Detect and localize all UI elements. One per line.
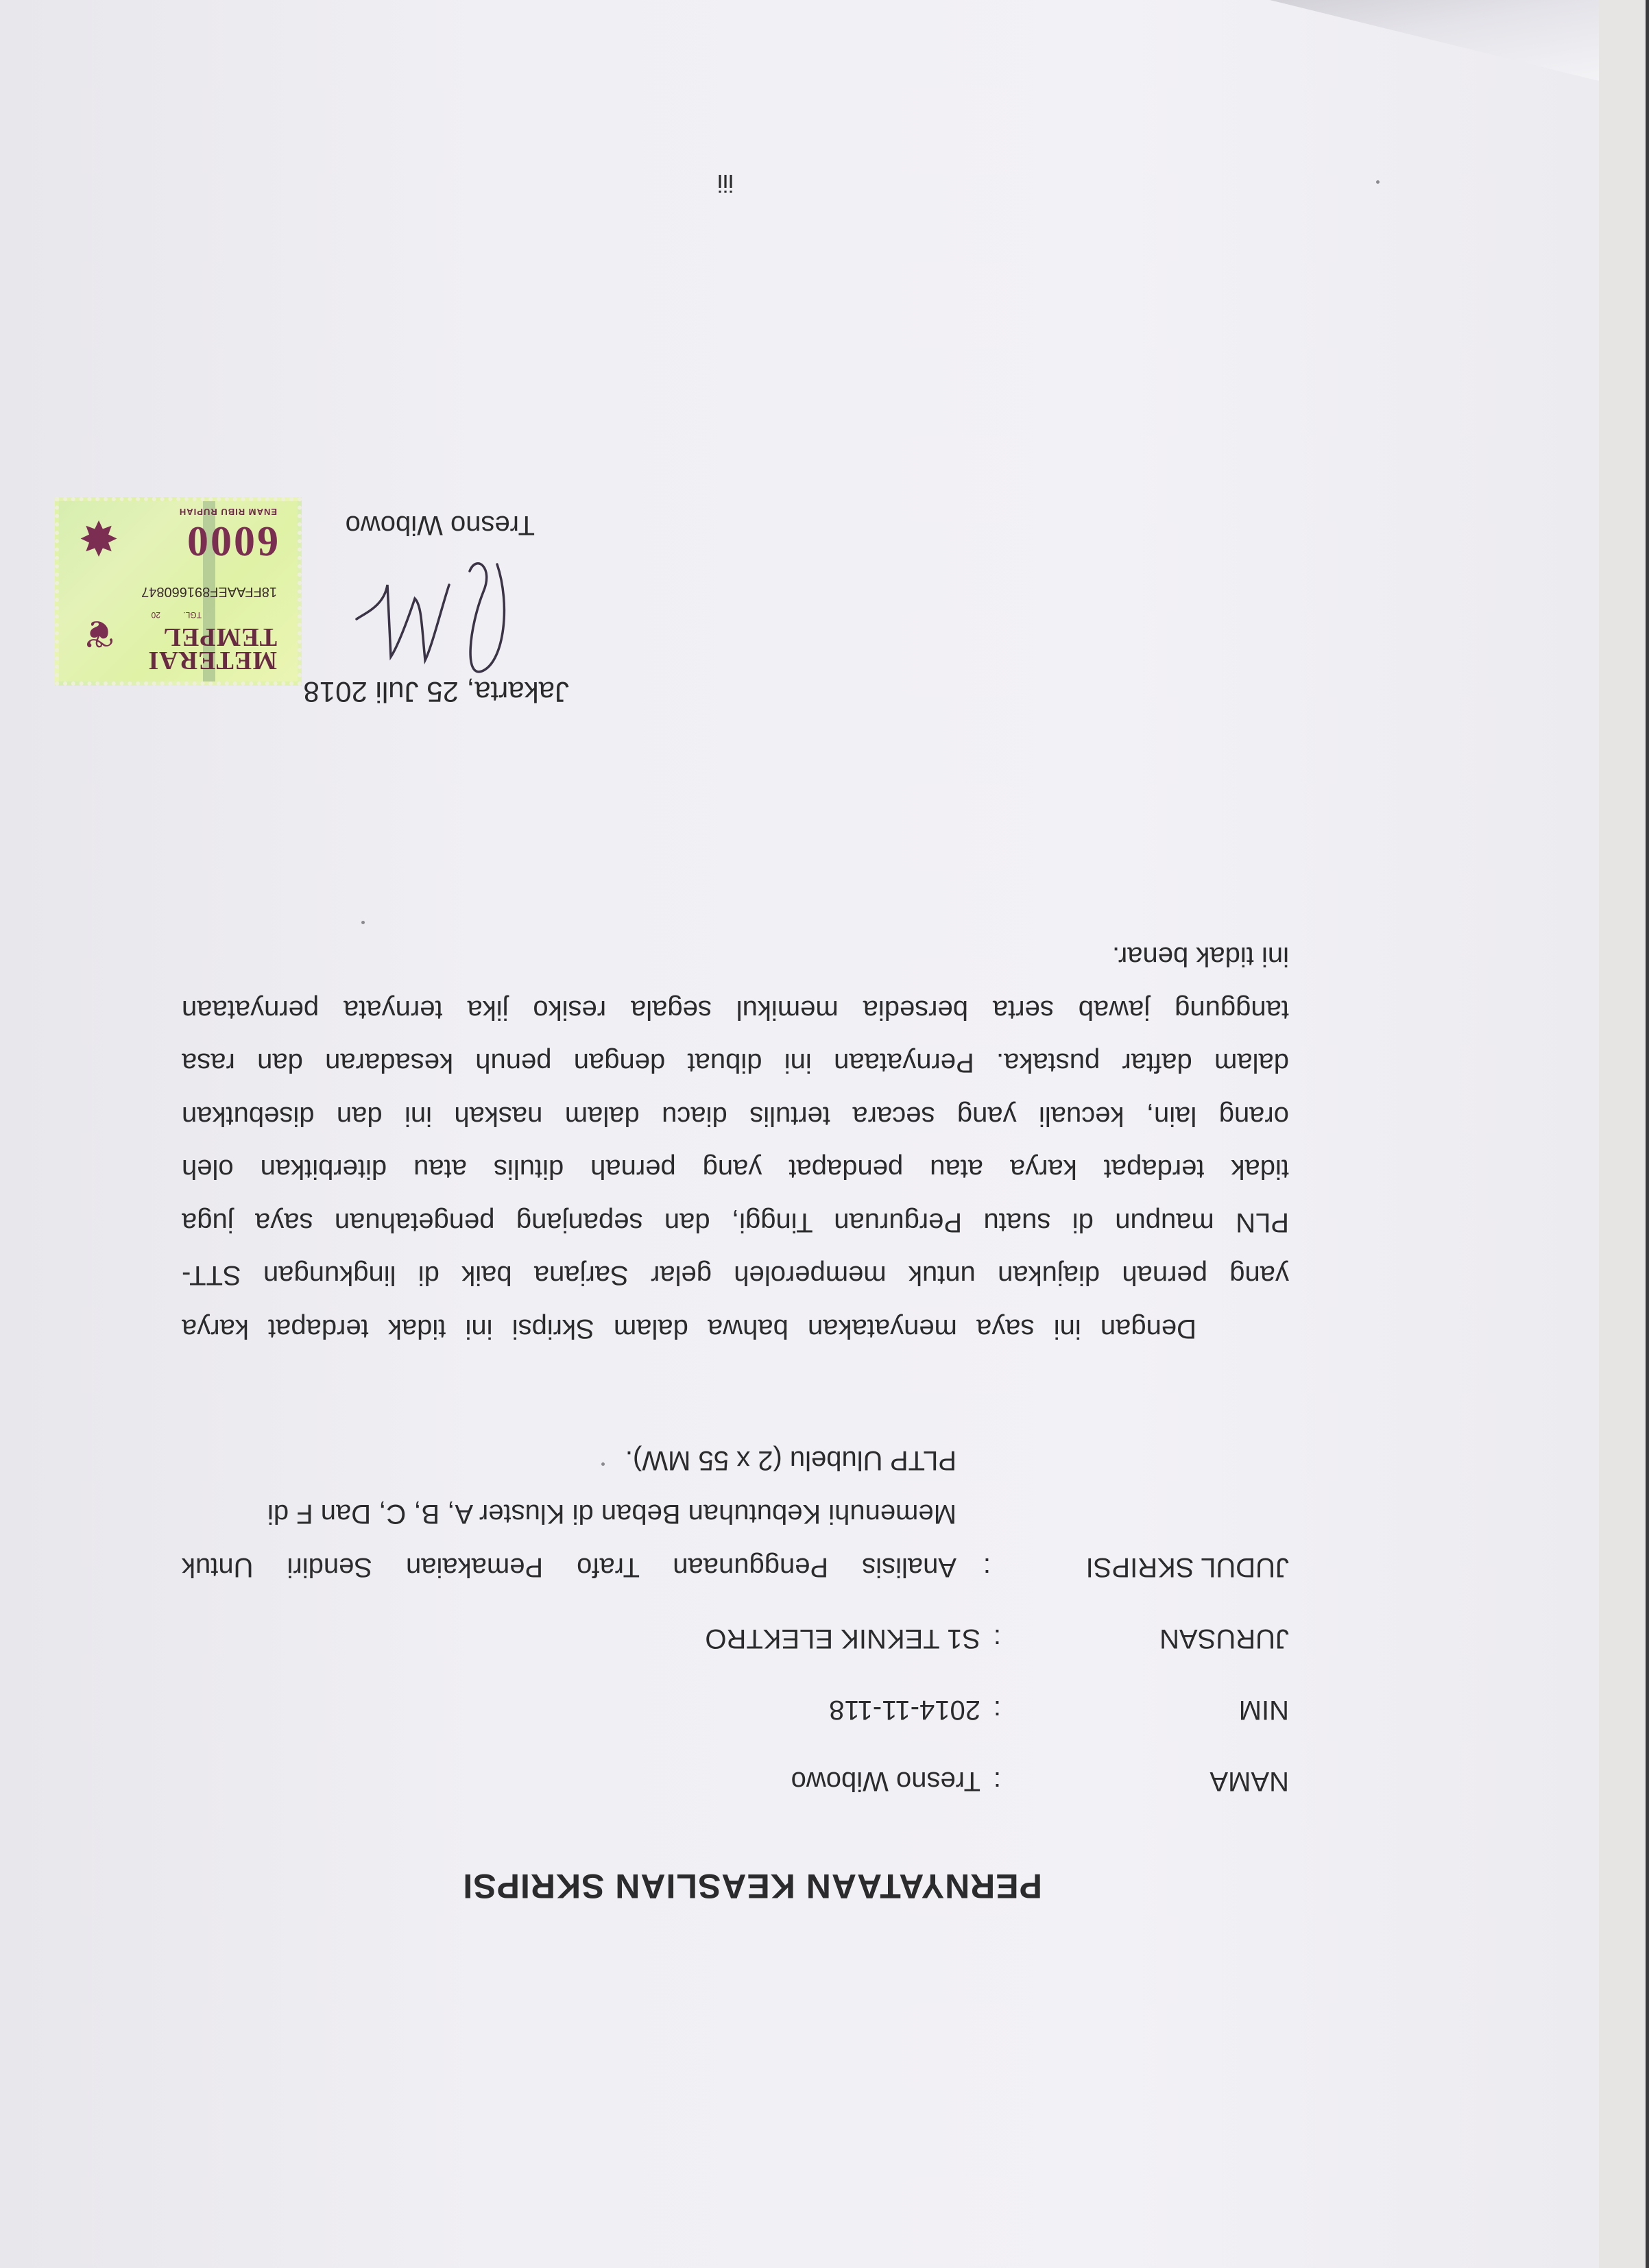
stamp-value-words: ENAM RIBU RUPIAH	[179, 507, 277, 517]
stamp-value: 6000	[185, 516, 278, 565]
field-value-nim: 2014-11-118	[829, 1694, 980, 1725]
field-separator: :	[983, 1552, 991, 1582]
garuda-emblem-icon: ❦	[75, 606, 123, 661]
statement-line: yang pernah diajukan untuk memperoleh ge…	[182, 1243, 1289, 1296]
signer-name: Tresno Wibowo	[346, 509, 535, 540]
statement-line: PLN maupun di suatu Perguruan Tinggi, da…	[182, 1190, 1289, 1244]
stamp-date-label: TGL.	[183, 610, 202, 620]
stamp-date-field: TGL. 20	[152, 610, 202, 620]
statement-line: ini tidak benar.	[182, 924, 1289, 978]
scanner-bed-strip	[1598, 0, 1649, 2268]
revenue-stamp-meterai: ❦ METERAI TEMPEL TGL. 20 18FFAAEF8916608…	[55, 497, 302, 686]
stamp-title: METERAI TEMPEL	[147, 625, 277, 672]
statement-line: Dengan ini saya menyatakan bahwa dalam S…	[182, 1296, 1196, 1350]
statement-line: tidak terdapat karya atau pendapat yang …	[182, 1137, 1289, 1190]
field-separator: :	[994, 1694, 1001, 1725]
stamp-serial-number: 18FFAAEF891660847	[141, 583, 277, 599]
page-number: iii	[717, 169, 734, 197]
statement-line: dalam daftar pustaka. Pernyataan ini dib…	[182, 1030, 1289, 1084]
dust-speck	[601, 1462, 605, 1466]
scanner-edge	[1646, 0, 1649, 2268]
field-label-nama: NAMA	[1209, 1765, 1289, 1796]
field-value-jurusan: S1 TEKNIK ELEKTRO	[705, 1623, 980, 1654]
dust-speck	[1376, 180, 1380, 184]
stamp-title-line-2: TEMPEL	[147, 625, 277, 649]
statement-paragraph: Dengan ini saya menyatakan bahwa dalam S…	[182, 924, 1196, 1349]
field-label-jurusan: JURUSAN	[1159, 1623, 1289, 1654]
folded-corner	[1270, 0, 1599, 81]
statement-line: tanggung jawab serta bersedia memikul se…	[182, 978, 1289, 1031]
handwritten-signature	[339, 551, 525, 688]
document-title: PERNYATAAN KEASLIAN SKRIPSI	[462, 1866, 1042, 1906]
field-value-judul-line-2: Memenuhi Kebutuhan Beban di Kluster A, B…	[267, 1498, 956, 1529]
field-separator: :	[994, 1623, 1001, 1654]
scanned-page: PERNYATAAN KEASLIAN SKRIPSI NAMA : Tresn…	[0, 0, 1649, 2268]
field-value-judul-line-3: PLTP Ulubelu (2 x 55 MW).	[625, 1445, 956, 1475]
field-label-judul-skripsi: JUDUL SKRIPSI	[1086, 1552, 1289, 1582]
field-label-nim: NIM	[1239, 1694, 1289, 1725]
field-value-judul-line-1: Analisis Penggunaan Trafo Pemakaian Send…	[182, 1552, 956, 1582]
stamp-title-line-1: METERAI	[147, 649, 277, 672]
stamp-year-prefix: 20	[152, 610, 160, 620]
star-ornament-icon: ✸	[75, 514, 123, 562]
field-separator: :	[994, 1765, 1001, 1796]
statement-line: orang lain, kecuali yang secara tertulis…	[182, 1084, 1289, 1137]
field-value-nama: Tresno Wibowo	[791, 1765, 980, 1796]
